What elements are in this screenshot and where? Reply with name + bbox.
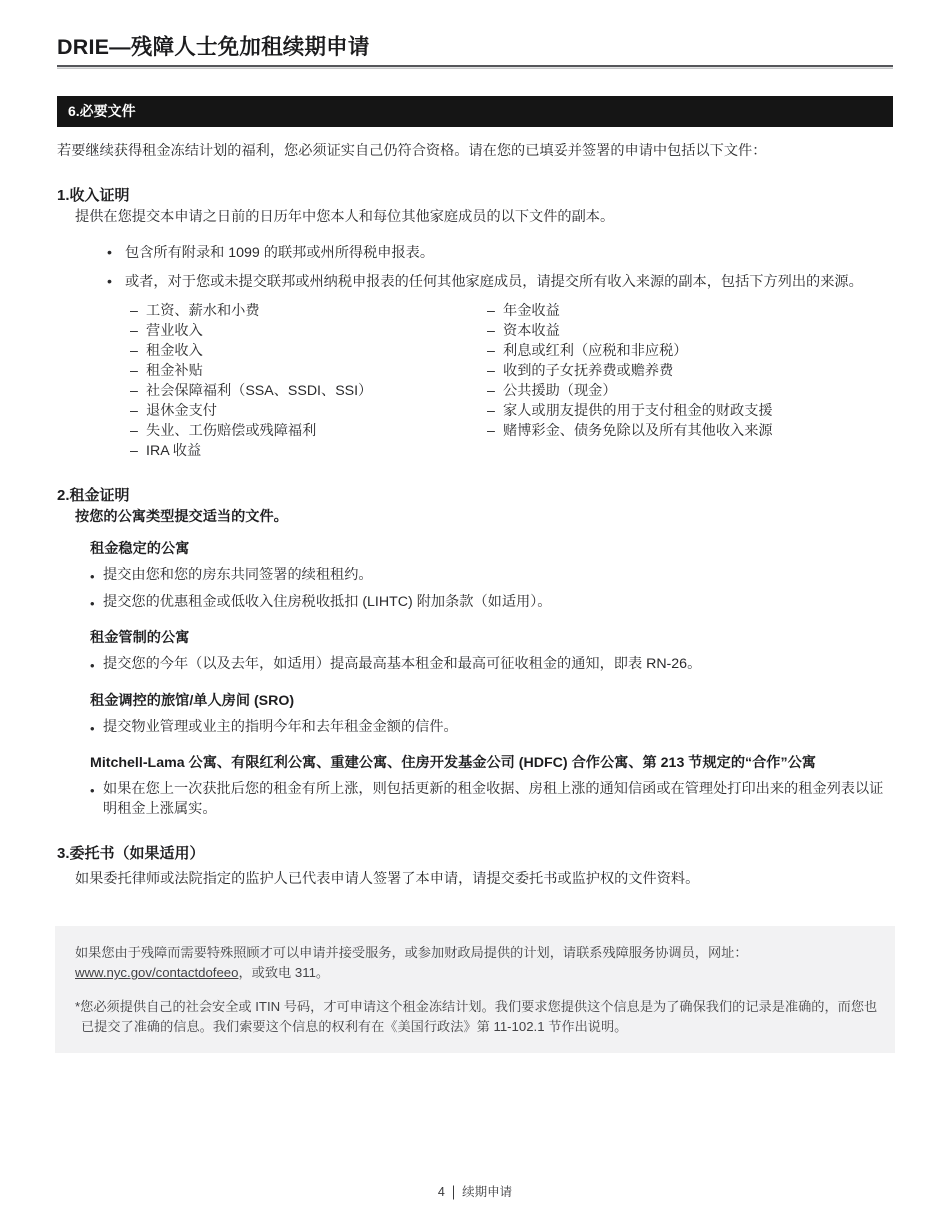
group-title: Mitchell-Lama 公寓、有限红利公寓、重建公寓、住房开发基金公司 (H…	[90, 753, 893, 773]
intro-text: 若要继续获得租金冻结计划的福利，您必须证实自己仍符合资格。请在您的已填妥并签署的…	[57, 142, 893, 161]
group-bullet-list: 提交物业管理或业主的指明今年和去年租金金额的信件。	[90, 718, 893, 738]
rent-heading: 2.租金证明	[57, 486, 893, 505]
income-source-item: 资本收益	[487, 321, 773, 341]
notice-text-prefix: 如果您由于残障而需要特殊照顾才可以申请并接受服务，或参加财政局提供的计划，请联系…	[75, 945, 748, 960]
income-source-item: 赌博彩金、债务免除以及所有其他收入来源	[487, 421, 773, 441]
group-rent-stabilized: 租金稳定的公寓 提交由您和您的房东共同签署的续租租约。 提交您的优惠租金或低收入…	[90, 539, 893, 612]
income-bullet-item: 或者，对于您或未提交联邦或州纳税申报表的任何其他家庭成员，请提交所有收入来源的副…	[105, 273, 882, 293]
accessibility-notice: 如果您由于残障而需要特殊照顾才可以申请并接受服务，或参加财政局提供的计划，请联系…	[75, 943, 881, 983]
income-source-item: 退休金支付	[130, 401, 487, 421]
apartment-type-groups: 租金稳定的公寓 提交由您和您的房东共同签署的续租租约。 提交您的优惠租金或低收入…	[90, 539, 893, 819]
income-source-item: 营业收入	[130, 321, 487, 341]
income-source-item: 年金收益	[487, 301, 773, 321]
group-bullet-item: 提交您的优惠租金或低收入住房税收抵扣 (LIHTC) 附加条款（如适用）。	[90, 593, 893, 613]
group-title: 租金稳定的公寓	[90, 539, 893, 559]
income-source-item: 收到的子女抚养费或赡养费	[487, 361, 773, 381]
title-divider	[57, 65, 893, 69]
group-rent-controlled: 租金管制的公寓 提交您的今年（以及去年，如适用）提高最高基本租金和最高可征收租金…	[90, 628, 893, 675]
income-bullet-item: 包含所有附录和 1099 的联邦或州所得税申报表。	[105, 244, 882, 264]
ssn-disclosure-note: *您必须提供自己的社会安全或 ITIN 号码，才可申请这个租金冻结计划。我们要求…	[75, 997, 881, 1037]
poa-body: 如果委托律师或法院指定的监护人已代表申请人签署了本申请，请提交委托书或监护权的文…	[75, 870, 893, 889]
group-bullet-item: 提交由您和您的房东共同签署的续租租约。	[90, 566, 893, 586]
footer-separator: |	[452, 1182, 455, 1204]
footer-label: 续期申请	[462, 1185, 512, 1199]
income-subheading: 提供在您提交本申请之日前的日历年中您本人和每位其他家庭成员的以下文件的副本。	[75, 208, 893, 227]
page-number: 4	[438, 1185, 445, 1199]
income-source-item: 利息或红利（应税和非应税）	[487, 341, 773, 361]
income-bullet-list: 包含所有附录和 1099 的联邦或州所得税申报表。 或者，对于您或未提交联邦或州…	[105, 244, 893, 292]
income-source-item: 工资、薪水和小费	[130, 301, 487, 321]
power-of-attorney-section: 3.委托书（如果适用） 如果委托律师或法院指定的监护人已代表申请人签署了本申请，…	[57, 844, 893, 889]
contact-link[interactable]: www.nyc.gov/contactdofeeo	[75, 965, 238, 980]
income-source-item: 租金补贴	[130, 361, 487, 381]
income-source-item: IRA 收益	[130, 441, 487, 461]
group-title: 租金管制的公寓	[90, 628, 893, 648]
income-sources-left: 工资、薪水和小费 营业收入 租金收入 租金补贴 社会保障福利（SSA、SSDI、…	[130, 301, 487, 461]
page-footer: 4|续期申请	[0, 1183, 950, 1202]
income-source-item: 家人或朋友提供的用于支付租金的财政支援	[487, 401, 773, 421]
group-bullet-list: 如果在您上一次获批后您的租金有所上涨，则包括更新的租金收据、房租上涨的通知信函或…	[90, 780, 893, 819]
group-bullet-list: 提交由您和您的房东共同签署的续租租约。 提交您的优惠租金或低收入住房税收抵扣 (…	[90, 566, 893, 612]
group-bullet-item: 提交物业管理或业主的指明今年和去年租金金额的信件。	[90, 718, 893, 738]
document-page: { "header": { "title": "DRIE—残障人士免加租续期申请…	[0, 0, 950, 1230]
poa-heading: 3.委托书（如果适用）	[57, 844, 893, 863]
notice-box: 如果您由于残障而需要特殊照顾才可以申请并接受服务，或参加财政局提供的计划，请联系…	[55, 926, 895, 1053]
group-title: 租金调控的旅馆/单人房间 (SRO)	[90, 691, 893, 711]
income-section: 1.收入证明 提供在您提交本申请之日前的日历年中您本人和每位其他家庭成员的以下文…	[57, 186, 893, 461]
notice-text-suffix: ，或致电 311。	[238, 965, 329, 980]
income-sources-columns: 工资、薪水和小费 营业收入 租金收入 租金补贴 社会保障福利（SSA、SSDI、…	[130, 301, 893, 461]
group-bullet-list: 提交您的今年（以及去年，如适用）提高最高基本租金和最高可征收租金的通知，即表 R…	[90, 655, 893, 675]
page-title: DRIE—残障人士免加租续期申请	[57, 38, 893, 57]
rent-proof-section: 2.租金证明 按您的公寓类型提交适当的文件。 租金稳定的公寓 提交由您和您的房东…	[57, 486, 893, 819]
income-heading: 1.收入证明	[57, 186, 893, 205]
income-source-item: 租金收入	[130, 341, 487, 361]
income-sources-right: 年金收益 资本收益 利息或红利（应税和非应税） 收到的子女抚养费或赡养费 公共援…	[487, 301, 773, 461]
income-source-item: 公共援助（现金）	[487, 381, 773, 401]
page-content: DRIE—残障人士免加租续期申请 6.必要文件 若要继续获得租金冻结计划的福利，…	[0, 0, 950, 1053]
group-mitchell-lama: Mitchell-Lama 公寓、有限红利公寓、重建公寓、住房开发基金公司 (H…	[90, 753, 893, 819]
group-bullet-item: 提交您的今年（以及去年，如适用）提高最高基本租金和最高可征收租金的通知，即表 R…	[90, 655, 893, 675]
group-bullet-item: 如果在您上一次获批后您的租金有所上涨，则包括更新的租金收据、房租上涨的通知信函或…	[90, 780, 893, 819]
section-6-header-bar: 6.必要文件	[57, 96, 893, 127]
rent-subheading: 按您的公寓类型提交适当的文件。	[75, 508, 893, 527]
income-source-item: 失业、工伤赔偿或残障福利	[130, 421, 487, 441]
group-sro: 租金调控的旅馆/单人房间 (SRO) 提交物业管理或业主的指明今年和去年租金金额…	[90, 691, 893, 738]
income-source-item: 社会保障福利（SSA、SSDI、SSI）	[130, 381, 487, 401]
